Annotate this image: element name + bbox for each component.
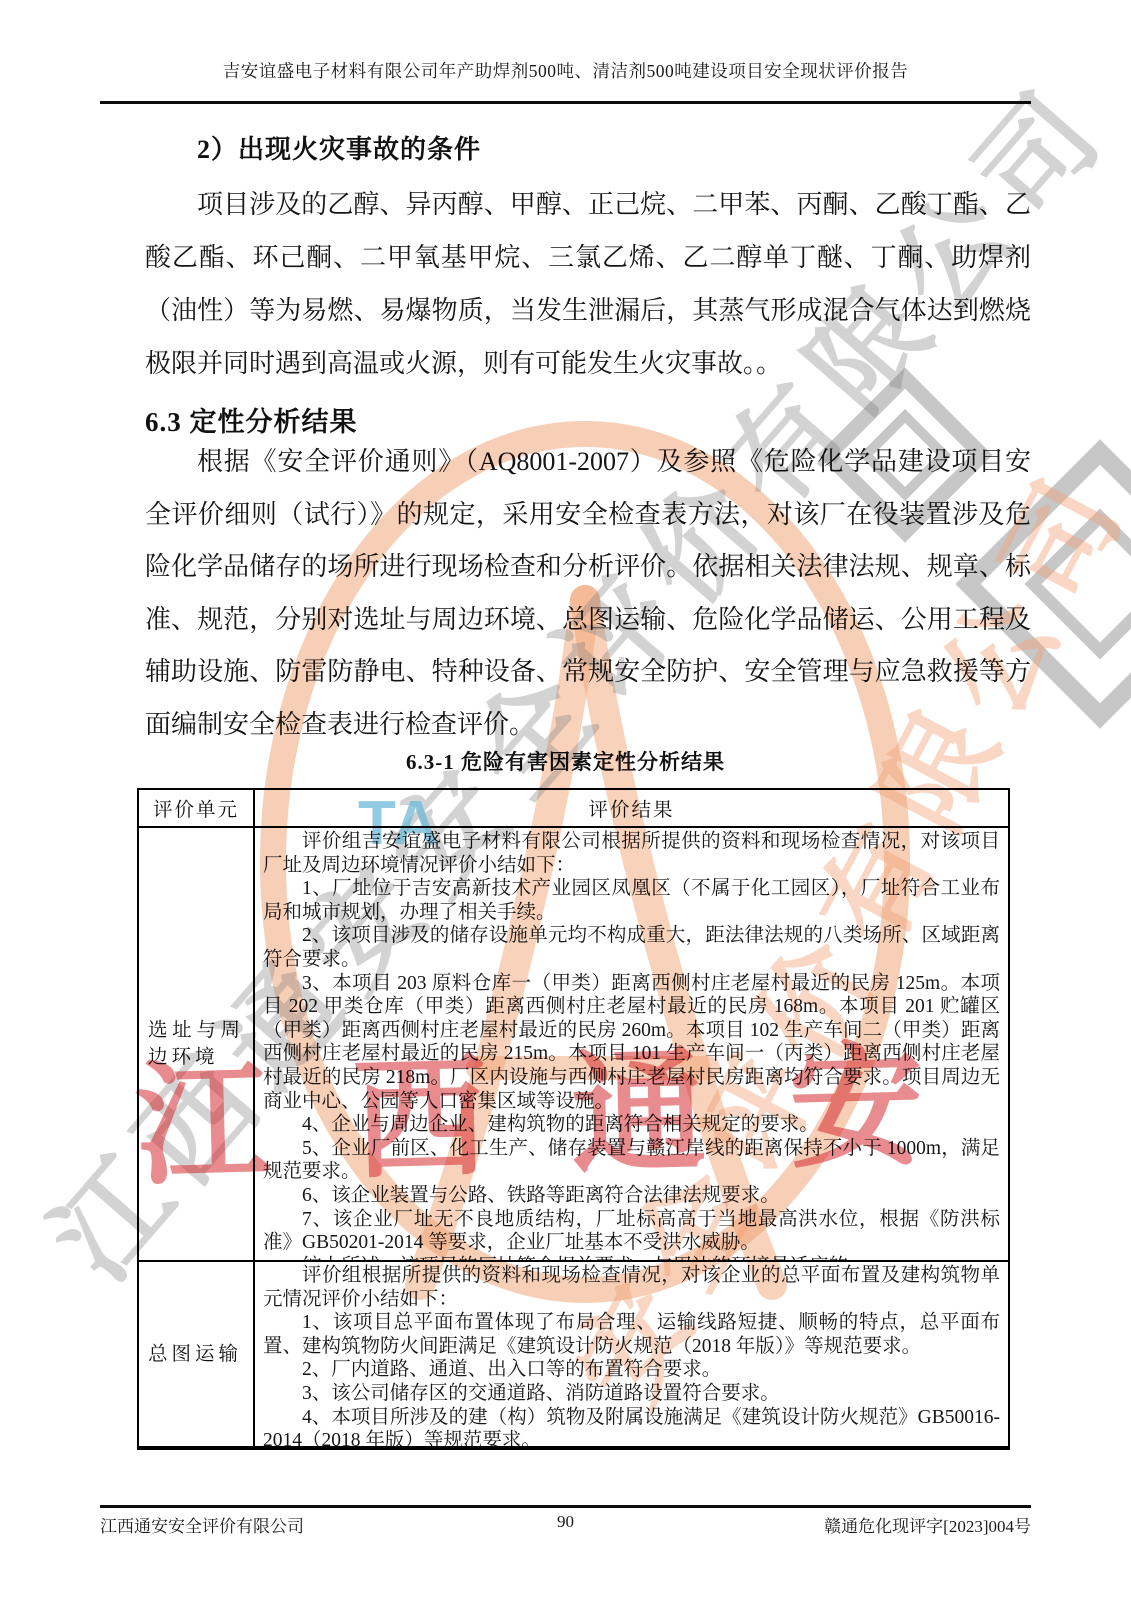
section-6-3-paragraph: 根据《安全评价通则》（AQ8001-2007）及参照《危险化学品建设项目安全评价… <box>145 436 1031 751</box>
table-caption: 6.3-1 危险有害因素定性分析结果 <box>100 746 1031 776</box>
unit-label: 选址与周边环境 <box>148 1017 244 1071</box>
unit-label: 总图运输 <box>148 1341 244 1368</box>
footer-rule <box>100 1505 1031 1508</box>
result-cell-site: 评价组吉安谊盛电子材料有限公司根据所提供的资料和现场检查情况，对该项目厂址及周边… <box>253 828 1008 1260</box>
table-row: 总图运输 评价组根据所提供的资料和现场检查情况，对该企业的总平面布置及建构筑物单… <box>139 1260 1008 1446</box>
result-paragraph: 2、该项目涉及的储存设施单元均不构成重大，距法律法规的八类场所、区域距离符合要求… <box>263 924 1000 971</box>
page-header-title: 吉安谊盛电子材料有限公司年产助焊剂500吨、清洁剂500吨建设项目安全现状评价报… <box>100 58 1031 83</box>
table-row: 选址与周边环境 评价组吉安谊盛电子材料有限公司根据所提供的资料和现场检查情况，对… <box>139 826 1008 1260</box>
document-page: 吉安谊盛电子材料有限公司年产助焊剂500吨、清洁剂500吨建设项目安全现状评价报… <box>0 0 1131 1600</box>
result-paragraph: 1、该项目总平面布置体现了布局合理、运输线路短捷、顺畅的特点，总平面布置、建构筑… <box>263 1311 1000 1358</box>
unit-cell-site: 选址与周边环境 <box>139 828 253 1260</box>
header-rule <box>100 101 1031 104</box>
result-paragraph: 3、本项目 203 原料仓库一（甲类）距离西侧村庄老屋村最近的民房 125m。本… <box>263 972 1000 1114</box>
footer-doc-number: 赣通危化现评字[2023]004号 <box>824 1512 1031 1537</box>
result-cell-layout: 评价组根据所提供的资料和现场检查情况，对该企业的总平面布置及建构筑物单元情况评价… <box>253 1262 1008 1446</box>
result-paragraph: 评价组根据所提供的资料和现场检查情况，对该企业的总平面布置及建构筑物单元情况评价… <box>263 1264 1000 1311</box>
unit-cell-layout: 总图运输 <box>139 1262 253 1446</box>
result-paragraph: 6、该企业装置与公路、铁路等距离符合法律法规要求。 <box>263 1184 1000 1208</box>
table-header-row: 评价单元 评价结果 <box>139 790 1008 826</box>
result-paragraph: 7、该企业厂址无不良地质结构，厂址标高高于当地最高洪水位，根据《防洪标准》GB5… <box>263 1208 1000 1255</box>
table-header-unit: 评价单元 <box>139 790 253 826</box>
fire-condition-paragraph: 项目涉及的乙醇、异丙醇、甲醇、正己烷、二甲苯、丙酮、乙酸丁酯、乙酸乙酯、环己酮、… <box>145 178 1031 390</box>
result-paragraph: 5、企业厂前区、化工生产、储存装置与赣江岸线的距离保持不小于 1000m，满足规… <box>263 1137 1000 1184</box>
result-paragraph: 综上所述，该项目的厂址符合相关要求，与周边的环境是适应的。 <box>263 1255 1000 1260</box>
qualitative-analysis-table: 评价单元 评价结果 选址与周边环境 评价组吉安谊盛电子材料有限公司根据所提供的资… <box>137 788 1010 1450</box>
fire-condition-heading: 2）出现火灾事故的条件 <box>145 129 1031 166</box>
result-paragraph: 评价组吉安谊盛电子材料有限公司根据所提供的资料和现场检查情况，对该项目厂址及周边… <box>263 830 1000 877</box>
result-paragraph: 3、该公司储存区的交通道路、消防道路设置符合要求。 <box>263 1382 1000 1406</box>
table-header-result: 评价结果 <box>253 790 1008 826</box>
result-paragraph: 2、厂内道路、通道、出入口等的布置符合要求。 <box>263 1358 1000 1382</box>
result-paragraph: 4、企业与周边企业、建构筑物的距离符合相关规定的要求。 <box>263 1113 1000 1137</box>
section-6-3-heading: 6.3 定性分析结果 <box>145 400 358 439</box>
result-paragraph: 1、厂址位于吉安高新技术产业园区凤凰区（不属于化工园区），厂址符合工业布局和城市… <box>263 877 1000 924</box>
result-paragraph: 4、本项目所涉及的建（构）筑物及附属设施满足《建筑设计防火规范》GB50016-… <box>263 1406 1000 1446</box>
